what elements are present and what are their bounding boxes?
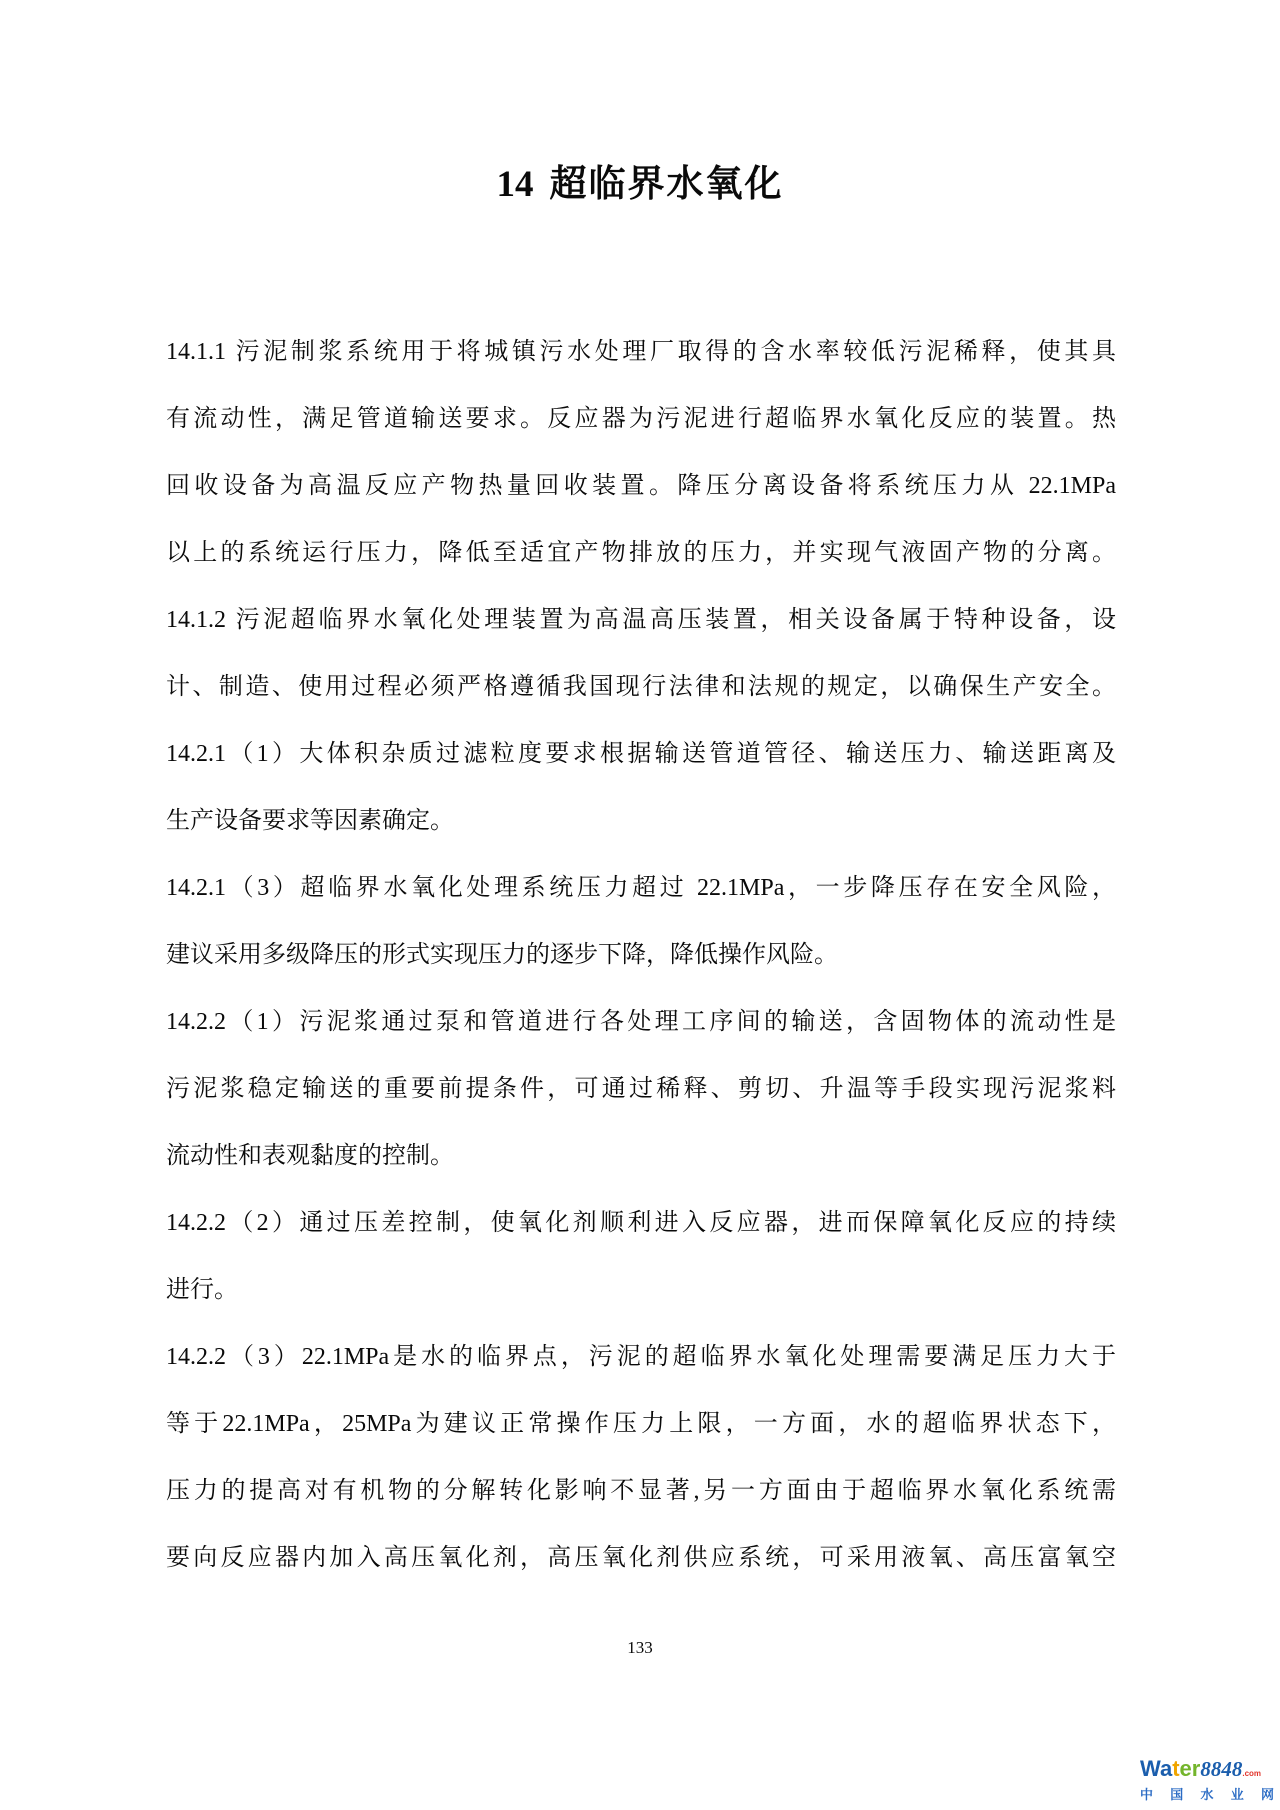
watermark-subtitle-char: 中	[1140, 1788, 1153, 1802]
body-line: 压力的提高对有机物的分解转化影响不显著,另一方面由于超临界水氧化系统需	[166, 1458, 1116, 1525]
watermark-letter: e	[1180, 1756, 1192, 1781]
page-number: 133	[0, 1638, 1280, 1658]
body-line: 以上的系统运行压力，降低至适宜产物排放的压力，并实现气液固产物的分离。	[166, 520, 1116, 587]
body-line: 计、制造、使用过程必须严格遵循我国现行法律和法规的规定，以确保生产安全。	[166, 654, 1116, 721]
watermark-digits: 8848	[1200, 1757, 1242, 1781]
body-line: 14.2.1（1）大体积杂质过滤粒度要求根据输送管道管径、输送压力、输送距离及	[166, 721, 1116, 788]
watermark-subtitle-char: 水	[1200, 1788, 1213, 1802]
watermark-subtitle-char: 国	[1170, 1788, 1183, 1802]
watermark-subtitle: 中 国 水 业 网	[1140, 1788, 1274, 1802]
watermark-tld: .com	[1242, 1769, 1261, 1778]
body-line: 有流动性，满足管道输送要求。反应器为污泥进行超临界水氧化反应的装置。热	[166, 386, 1116, 453]
body-line: 14.1.2 污泥超临界水氧化处理装置为高温高压装置，相关设备属于特种设备，设	[166, 587, 1116, 654]
body-line: 回收设备为高温反应产物热量回收装置。降压分离设备将系统压力从 22.1MPa	[166, 453, 1116, 520]
body-line: 14.1.1 污泥制浆系统用于将城镇污水处理厂取得的含水率较低污泥稀释，使其具	[166, 319, 1116, 386]
water8848-watermark-logo: Water8848.com 中 国 水 业 网	[1140, 1758, 1274, 1802]
body-line: 生产设备要求等因素确定。	[166, 788, 1116, 855]
page-title: 14超临界水氧化	[0, 158, 1280, 211]
watermark-letter: W	[1140, 1756, 1160, 1781]
chapter-number: 14	[497, 164, 534, 205]
chapter-title-text: 超临界水氧化	[550, 163, 784, 204]
watermark-subtitle-char: 网	[1261, 1788, 1274, 1802]
document-page: 14超临界水氧化 14.1.1 污泥制浆系统用于将城镇污水处理厂取得的含水率较低…	[0, 0, 1280, 1810]
body-line: 流动性和表观黏度的控制。	[166, 1123, 1116, 1190]
body-line: 14.2.1（3）超临界水氧化处理系统压力超过 22.1MPa，一步降压存在安全…	[166, 855, 1116, 922]
body-line: 要向反应器内加入高压氧化剂，高压氧化剂供应系统，可采用液氧、高压富氧空	[166, 1525, 1116, 1592]
body-line: 14.2.2（3）22.1MPa是水的临界点，污泥的超临界水氧化处理需要满足压力…	[166, 1324, 1116, 1391]
body-line: 等于22.1MPa，25MPa为建议正常操作压力上限，一方面，水的超临界状态下，	[166, 1391, 1116, 1458]
body-line: 14.2.2（1）污泥浆通过泵和管道进行各处理工序间的输送，含固物体的流动性是	[166, 989, 1116, 1056]
body-line: 污泥浆稳定输送的重要前提条件，可通过稀释、剪切、升温等手段实现污泥浆料	[166, 1056, 1116, 1123]
watermark-brand-text: Water8848.com	[1140, 1758, 1274, 1785]
watermark-letter: t	[1172, 1756, 1179, 1781]
body-line: 14.2.2（2）通过压差控制，使氧化剂顺利进入反应器，进而保障氧化反应的持续	[166, 1190, 1116, 1257]
body-text-block: 14.1.1 污泥制浆系统用于将城镇污水处理厂取得的含水率较低污泥稀释，使其具 …	[166, 319, 1116, 1592]
body-line: 进行。	[166, 1257, 1116, 1324]
body-line: 建议采用多级降压的形式实现压力的逐步下降，降低操作风险。	[166, 922, 1116, 989]
watermark-subtitle-char: 业	[1231, 1788, 1244, 1802]
watermark-letter: a	[1160, 1756, 1172, 1781]
